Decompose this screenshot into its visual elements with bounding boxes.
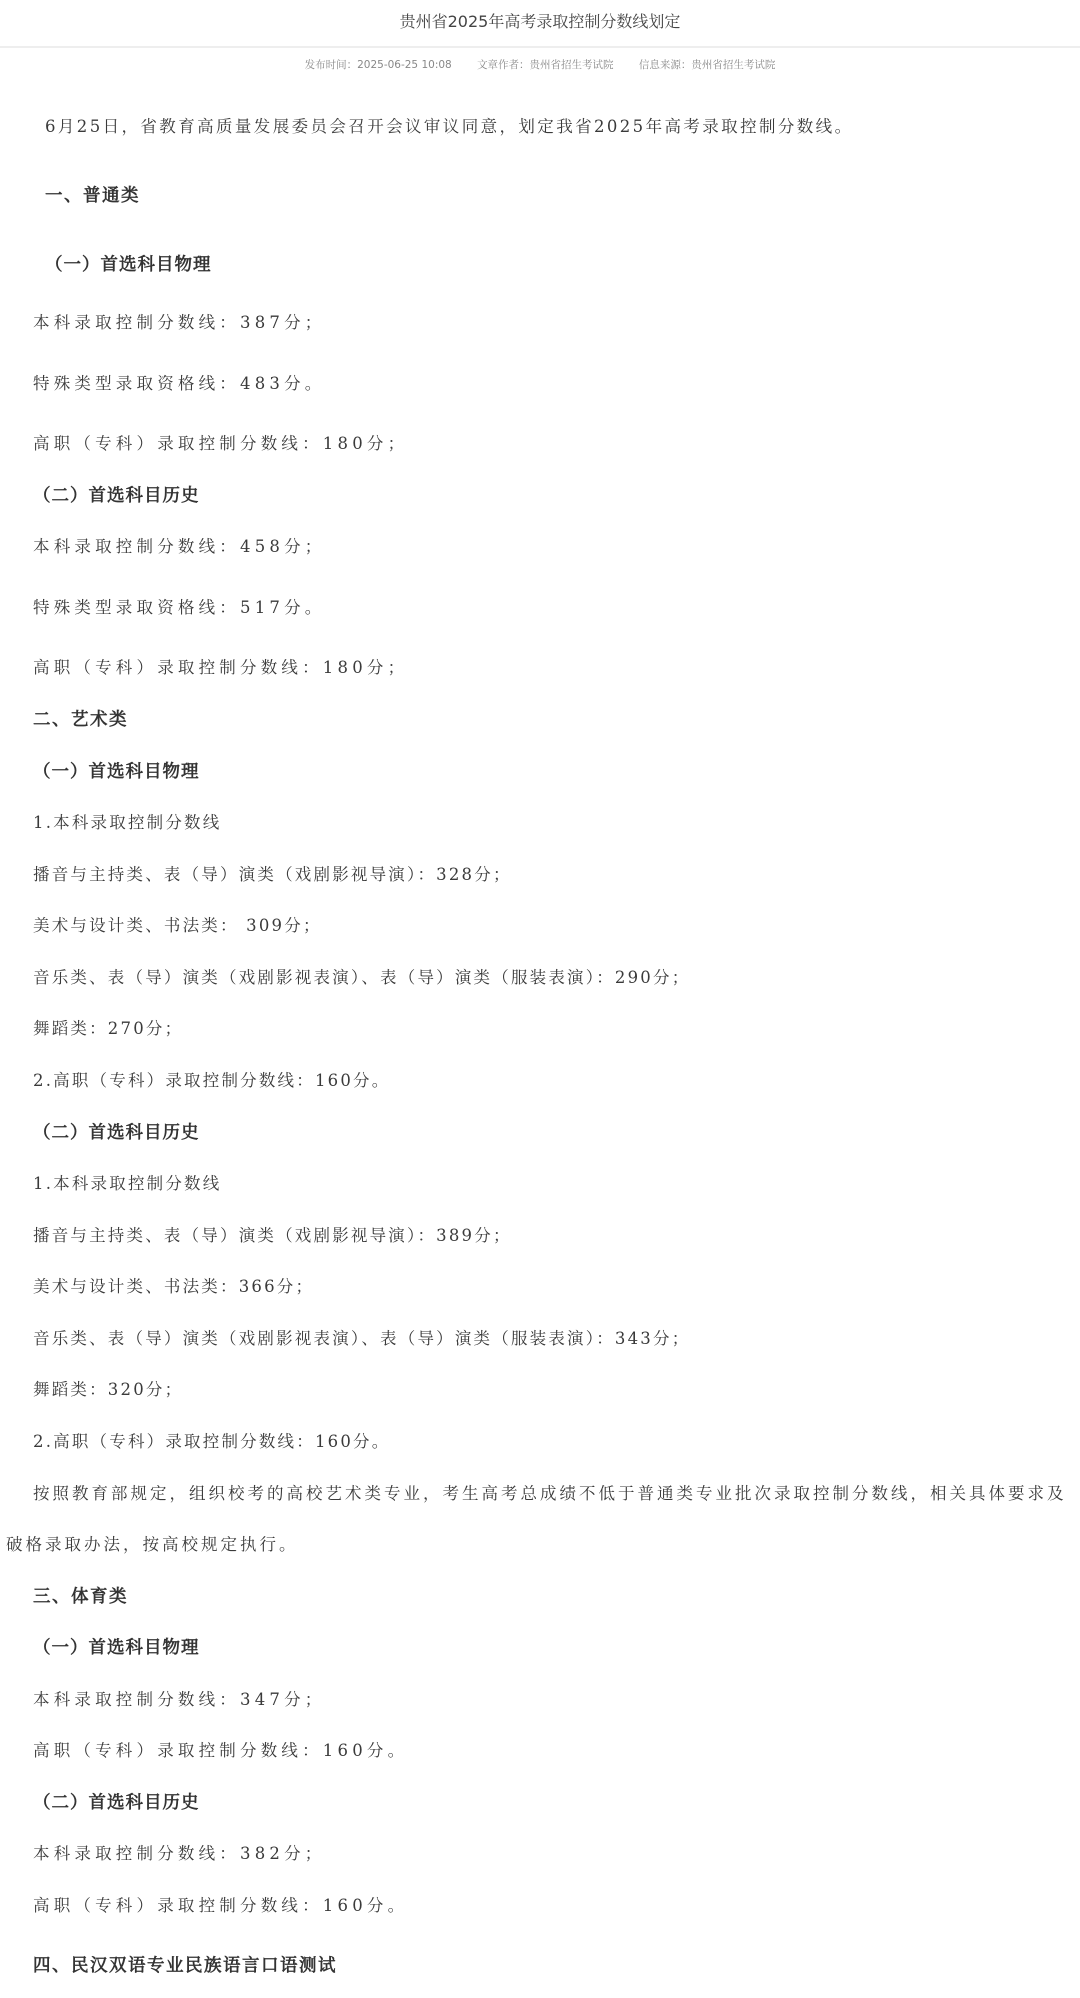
subsection-heading-art-history: （二）首选科目历史 — [33, 1120, 200, 1146]
article-meta: 发布时间：2025-06-25 10:08 文章作者：贵州省招生考试院 信息来源… — [0, 57, 1080, 73]
score-line: 美术与设计类、书法类：366分； — [33, 1275, 314, 1299]
score-line: 高职（专科）录取控制分数线：160分。 — [33, 1894, 408, 1918]
page-title: 贵州省2025年高考录取控制分数线划定 — [0, 8, 1080, 36]
score-line: 特殊类型录取资格线：483分。 — [33, 372, 326, 396]
score-line: 特殊类型录取资格线：517分。 — [33, 596, 326, 620]
score-line: 2.高职（专科）录取控制分数线：160分。 — [33, 1069, 390, 1093]
score-line: 音乐类、表（导）演类（戏剧影视表演）、表（导）演类（服装表演）：290分； — [33, 966, 690, 990]
info-source: 信息来源：贵州省招生考试院 — [639, 59, 776, 71]
score-line: 本科录取控制分数线：382分； — [33, 1842, 326, 1866]
score-line: 美术与设计类、书法类： 309分； — [33, 914, 322, 938]
score-line: 2.高职（专科）录取控制分数线：160分。 — [33, 1430, 390, 1454]
subsection-heading-general-history: （二）首选科目历史 — [33, 483, 200, 509]
score-line: 高职（专科）录取控制分数线：180分； — [33, 432, 408, 456]
score-line: 高职（专科）录取控制分数线：180分； — [33, 656, 408, 680]
subsection-heading-sports-history: （二）首选科目历史 — [33, 1790, 200, 1816]
subsection-heading-general-physics: （一）首选科目物理 — [45, 252, 212, 278]
subsection-heading-sports-physics: （一）首选科目物理 — [33, 1635, 200, 1661]
art-note-line-2: 破格录取办法，按高校规定执行。 — [6, 1533, 1080, 1557]
section-heading-art: 二、艺术类 — [33, 707, 128, 733]
intro-paragraph: 6月25日，省教育高质量发展委员会召开会议审议同意，划定我省2025年高考录取控… — [45, 115, 853, 139]
score-line: 播音与主持类、表（导）演类（戏剧影视导演）：328分； — [33, 863, 512, 887]
publish-time: 发布时间：2025-06-25 10:08 — [305, 59, 452, 71]
art-note-line-1: 按照教育部规定，组织校考的高校艺术类专业，考生高考总成绩不低于普通类专业批次录取… — [33, 1482, 1080, 1506]
score-line: 高职（专科）录取控制分数线：160分。 — [33, 1739, 408, 1763]
subsection-heading-art-physics: （一）首选科目物理 — [33, 759, 200, 785]
header-divider — [0, 46, 1080, 48]
score-line: 1.本科录取控制分数线 — [33, 1172, 221, 1196]
score-line: 舞蹈类：270分； — [33, 1017, 183, 1041]
score-line: 本科录取控制分数线：347分； — [33, 1688, 326, 1712]
section-heading-sports: 三、体育类 — [33, 1584, 128, 1610]
score-line: 本科录取控制分数线：458分； — [33, 535, 326, 559]
score-line: 舞蹈类：320分； — [33, 1378, 183, 1402]
section-heading-bilingual: 四、民汉双语专业民族语言口语测试 — [33, 1953, 337, 1979]
score-line: 播音与主持类、表（导）演类（戏剧影视导演）：389分； — [33, 1224, 512, 1248]
section-heading-general: 一、普通类 — [45, 183, 140, 209]
score-line: 本科录取控制分数线：387分； — [33, 311, 326, 335]
score-line: 1.本科录取控制分数线 — [33, 811, 221, 835]
score-line: 音乐类、表（导）演类（戏剧影视表演）、表（导）演类（服装表演）：343分； — [33, 1327, 690, 1351]
article-author: 文章作者：贵州省招生考试院 — [477, 59, 614, 71]
